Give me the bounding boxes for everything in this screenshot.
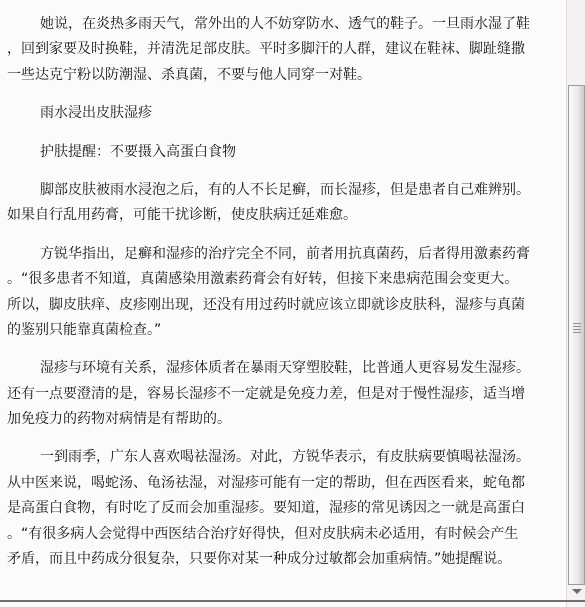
text-line: 方锐华指出，足癣和湿疹的治疗完全不同，前者用抗真菌药，后者得用激素药膏 [7, 242, 563, 267]
text-line: 。“有很多病人会觉得中西医结合治疗好得快，但对皮肤病未必适用，有时候会产生 [7, 522, 563, 547]
text-line: 。“很多患者不知道，真菌感染用激素药膏会有好转，但接下来患病范围会变更大。 [7, 267, 563, 292]
text-line: 一些达克宁粉以防潮湿、杀真菌，不要与他人同穿一对鞋。 [7, 63, 563, 88]
text-line: 如果自行乱用药膏，可能干扰诊断，使皮肤病迁延难愈。 [7, 203, 563, 228]
text-line: 矛盾，而且中药成分很复杂，只要你对某一种成分过敏都会加重病情。”她提醒说。 [7, 547, 563, 572]
article-page: { "colors": { "page_background": "#fbfbf… [0, 0, 585, 607]
chevron-down-icon [572, 589, 582, 594]
article-body: 她说，在炎热多雨天气，常外出的人不妨穿防水、透气的鞋子。一旦雨水湿了鞋 ，回到家… [7, 12, 563, 585]
paragraph: 脚部皮肤被雨水浸泡之后，有的人不长足癣，而长湿疹，但是患者自己难辨别。 如果自行… [7, 178, 563, 229]
paragraph: 她说，在炎热多雨天气，常外出的人不妨穿防水、透气的鞋子。一旦雨水湿了鞋 ，回到家… [7, 12, 563, 88]
paragraph: 一到雨季，广东人喜欢喝祛湿汤。对此，方锐华表示，有皮肤病要慎喝祛湿汤。 从中医来… [7, 445, 563, 572]
scroll-down-button[interactable] [567, 584, 585, 598]
text-line: 还有一点要澄清的是，容易长湿疹不一定就是免疫力差，但是对于慢性湿疹，适当增 [7, 382, 563, 407]
text-line: ，回到家要及时换鞋，并清洗足部皮肤。平时多脚汗的人群，建议在鞋袜、脚趾缝撒 [7, 37, 563, 62]
section-heading: 雨水浸出皮肤湿疹 [7, 101, 563, 126]
paragraph: 雨水浸出皮肤湿疹 [7, 101, 563, 126]
bottom-divider [0, 600, 585, 602]
text-line: 从中医来说，喝蛇汤、龟汤祛湿，对湿疹可能有一定的帮助，但在西医看来，蛇龟都 [7, 471, 563, 496]
text-line: 她说，在炎热多雨天气，常外出的人不妨穿防水、透气的鞋子。一旦雨水湿了鞋 [7, 12, 563, 37]
vertical-scrollbar[interactable] [566, 0, 585, 607]
scrollbar-thumb[interactable] [568, 85, 585, 585]
paragraph: 护肤提醒：不要摄入高蛋白食物 [7, 140, 563, 165]
grip-icon [573, 323, 581, 334]
text-line: 的鉴别只能靠真菌检查。” [7, 318, 563, 343]
paragraph: 方锐华指出，足癣和湿疹的治疗完全不同，前者用抗真菌药，后者得用激素药膏 。“很多… [7, 242, 563, 344]
paragraph: 湿疹与环境有关系，湿疹体质者在暴雨天穿塑胶鞋，比普通人更容易发生湿疹。 还有一点… [7, 356, 563, 432]
text-line: 加免疫力的药物对病情是有帮助的。 [7, 407, 563, 432]
text-line: 湿疹与环境有关系，湿疹体质者在暴雨天穿塑胶鞋，比普通人更容易发生湿疹。 [7, 356, 563, 381]
section-heading: 护肤提醒：不要摄入高蛋白食物 [7, 140, 563, 165]
text-line: 是高蛋白食物，有时吃了反而会加重湿疹。要知道，湿疹的常见诱因之一就是高蛋白 [7, 496, 563, 521]
text-line: 脚部皮肤被雨水浸泡之后，有的人不长足癣，而长湿疹，但是患者自己难辨别。 [7, 178, 563, 203]
text-line: 一到雨季，广东人喜欢喝祛湿汤。对此，方锐华表示，有皮肤病要慎喝祛湿汤。 [7, 445, 563, 470]
text-line: 所以，脚皮肤痒、皮疹刚出现，还没有用过药时就应该立即就诊皮肤科，湿疹与真菌 [7, 293, 563, 318]
